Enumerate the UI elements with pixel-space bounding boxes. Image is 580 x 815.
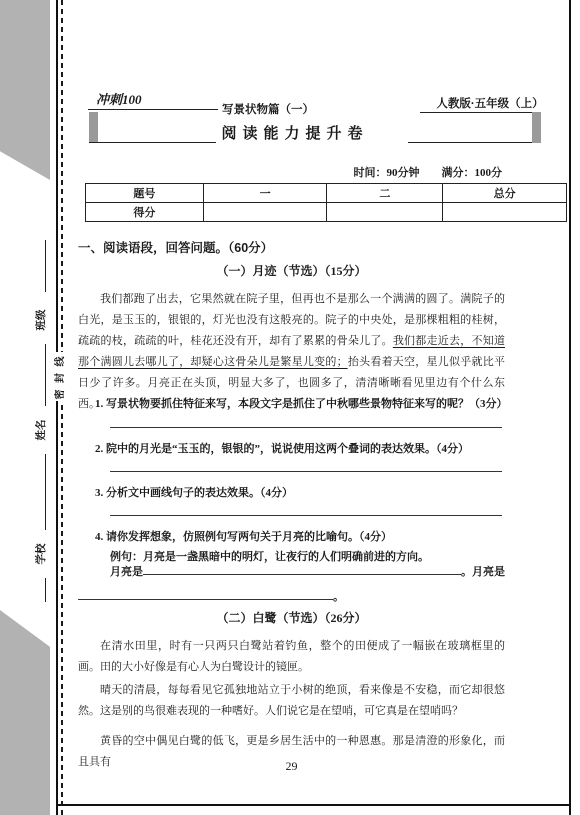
score-table-cell: 二 xyxy=(327,184,443,203)
brand-logo: 冲刺100 xyxy=(96,89,142,108)
answer-line-2 xyxy=(110,471,502,472)
series-label: 写景状物篇（一） xyxy=(222,101,314,117)
sidebar-field-name: 姓名 xyxy=(22,412,58,448)
fill-line-1: 月亮是 。月亮是 xyxy=(110,561,505,579)
score-table-header-row: 题号 一 二 总分 xyxy=(86,184,567,203)
score-table-cell: 一 xyxy=(203,184,327,203)
score-input-cell xyxy=(327,203,443,222)
brand-underline xyxy=(88,109,218,110)
score-table-cell: 题号 xyxy=(86,184,204,203)
fill-middle: 。月亮是 xyxy=(461,563,505,579)
fill-blank-1 xyxy=(143,561,461,575)
left-margin-gray-top xyxy=(0,0,50,180)
title-bracket-left xyxy=(89,112,98,143)
page-border-bottom xyxy=(56,804,571,806)
title-bracket-right-top-line xyxy=(420,112,533,113)
score-table-score-row: 得分 xyxy=(86,203,567,222)
fill-prefix: 月亮是 xyxy=(110,563,143,579)
sidebar-field-school: 学校 xyxy=(22,536,58,572)
exam-title: 阅读能力提升卷 xyxy=(160,122,430,143)
question-4: 4. 请你发挥想象，仿照例句写两句关于月亮的比喻句。（4分） xyxy=(95,530,507,545)
score-table-cell: 总分 xyxy=(443,184,567,203)
exam-paper-page: 班级 姓名 学校 密 封 线 冲刺100 写景状物篇（一） 人教版·五年级（上）… xyxy=(0,0,580,815)
sidebar-blank-line xyxy=(45,578,46,602)
question-1: 1. 写景状物要抓住特征来写，本段文字是抓住了中秋哪些景物特征来写的呢？（3分） xyxy=(95,397,507,412)
sidebar-field-class: 班级 xyxy=(22,302,58,338)
question-3: 3. 分析文中画线句子的表达效果。（4分） xyxy=(95,486,507,501)
score-table-cell: 得分 xyxy=(86,203,204,222)
score-input-cell xyxy=(203,203,327,222)
answer-line-1 xyxy=(110,427,502,428)
section-heading: 一、阅读语段，回答问题。（60分） xyxy=(78,238,273,256)
fill-line-2: 。 xyxy=(78,586,344,604)
sidebar-blank-line xyxy=(45,454,46,530)
edition-label: 人教版·五年级（上） xyxy=(425,95,555,111)
passage2-paragraph-1: 在清水田里，时有一只两只白鹭站着钓鱼，整个的田便成了一幅嵌在玻璃框里的画。田的大… xyxy=(78,636,505,678)
page-number: 29 xyxy=(78,759,505,774)
fill-suffix: 。 xyxy=(333,588,344,604)
title-bracket-right xyxy=(532,112,541,143)
question-2: 2. 院中的月光是“玉玉的，银银的”，说说使用这两个叠词的表达效果。（4分） xyxy=(95,442,507,457)
fill-blank-2 xyxy=(78,586,333,600)
seal-line-label: 密 封 线 xyxy=(51,345,65,409)
score-table: 题号 一 二 总分 得分 xyxy=(85,183,567,222)
score-input-cell xyxy=(443,203,567,222)
passage2-paragraph-2: 晴天的清晨，每每看见它孤独地站立于小树的绝顶，看来像是不安稳，而它却很悠然。这是… xyxy=(78,680,505,722)
sidebar-blank-line xyxy=(45,240,46,292)
left-margin-gray-bottom xyxy=(0,610,50,815)
passage2-title: （二）白鹭（节选）（26分） xyxy=(78,609,505,626)
answer-line-3 xyxy=(110,515,502,516)
page-border-right xyxy=(569,0,571,815)
time-score-label: 时间：90分钟 满分：100分 xyxy=(240,164,502,180)
passage1-title: （一）月迹（节选）（15分） xyxy=(78,262,505,279)
sidebar-blank-line xyxy=(45,344,46,406)
